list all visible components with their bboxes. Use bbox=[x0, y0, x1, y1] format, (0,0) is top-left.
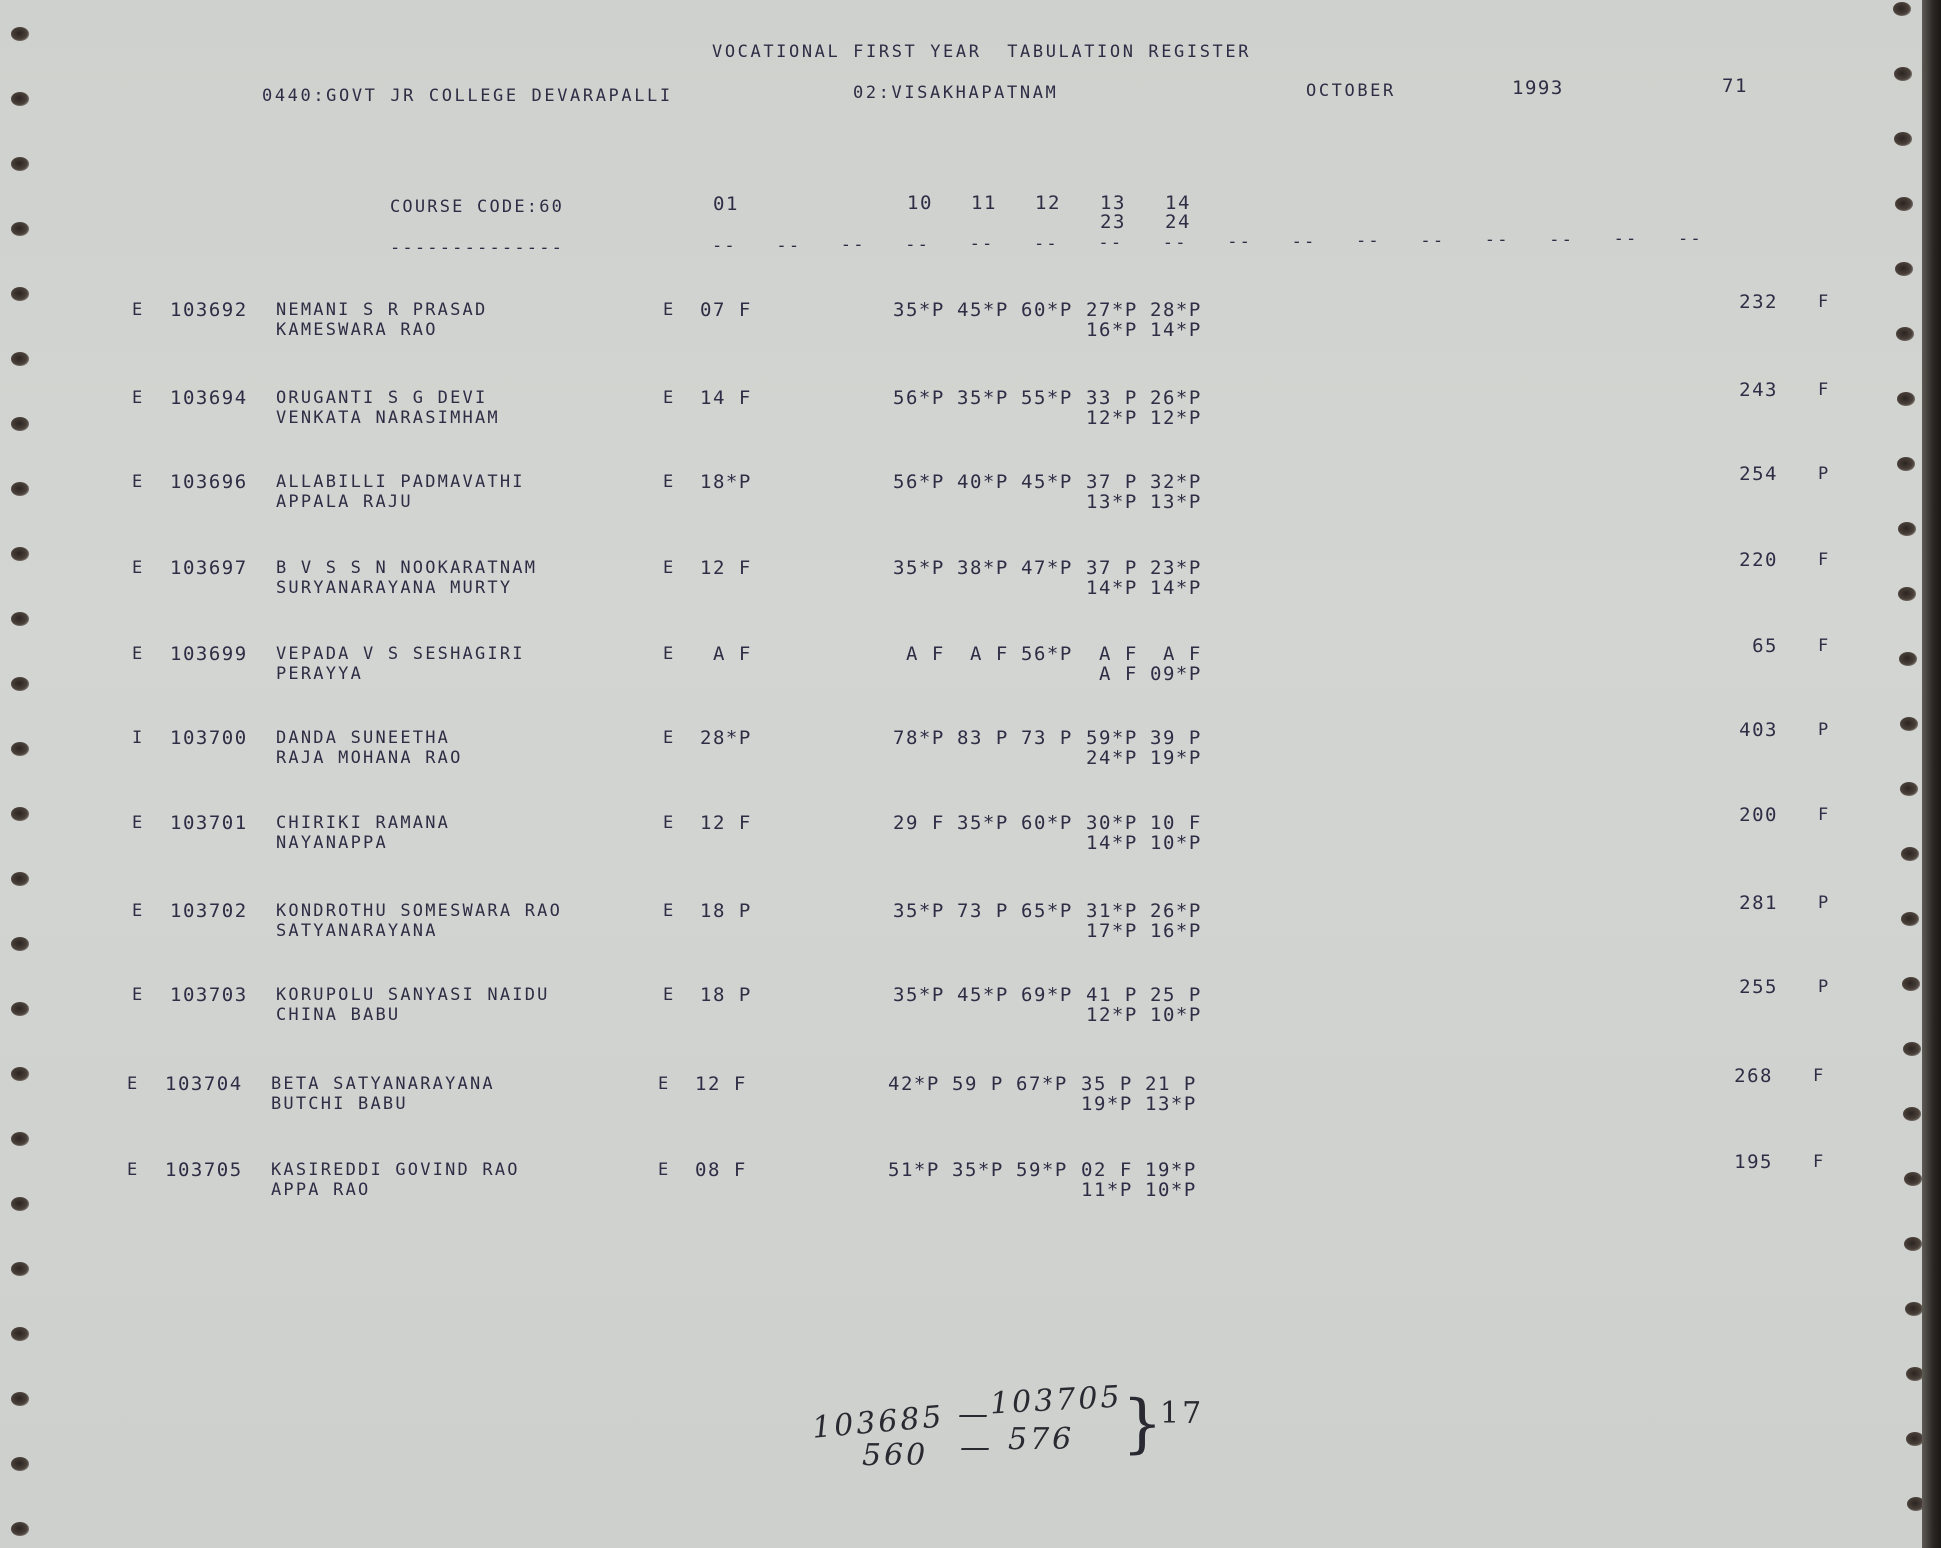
mark-subject-14: 10 F bbox=[1150, 813, 1202, 833]
mark-subject-23: A F bbox=[1086, 664, 1138, 684]
student-name: BETA SATYANARAYANA bbox=[271, 1074, 495, 1094]
mark-subject-10: 29 F bbox=[893, 813, 945, 833]
roll-number: 103696 bbox=[170, 472, 248, 492]
student-type: E bbox=[132, 985, 144, 1005]
mark-subject-01: 12 F bbox=[695, 1074, 747, 1094]
medium-flag: E bbox=[663, 901, 675, 921]
student-name: VEPADA V S SESHAGIRI bbox=[276, 644, 525, 664]
mark-subject-10: 78*P bbox=[893, 728, 945, 748]
student-type: E bbox=[127, 1074, 139, 1094]
medium-flag: E bbox=[663, 813, 675, 833]
father-name: PERAYYA bbox=[276, 664, 363, 684]
medium-flag: E bbox=[663, 558, 675, 578]
district-name: 02:VISAKHAPATNAM bbox=[853, 83, 1058, 103]
mark-subject-23: 14*P bbox=[1086, 578, 1138, 598]
mark-subject-24: 14*P bbox=[1150, 578, 1202, 598]
medium-flag: E bbox=[663, 644, 675, 664]
medium-flag: E bbox=[663, 728, 675, 748]
final-result: F bbox=[1813, 1066, 1825, 1086]
final-result: P bbox=[1818, 893, 1830, 913]
student-name: KONDROTHU SOMESWARA RAO bbox=[276, 901, 562, 921]
roll-number: 103701 bbox=[170, 813, 248, 833]
mark-subject-13: 31*P bbox=[1086, 901, 1138, 921]
sprocket-hole bbox=[1897, 392, 1915, 406]
student-name: DANDA SUNEETHA bbox=[276, 728, 450, 748]
course-code-underline: -------------- bbox=[390, 238, 564, 258]
subject-code-24: 24 bbox=[1165, 212, 1191, 232]
father-name: VENKATA NARASIMHAM bbox=[276, 408, 500, 428]
sprocket-hole bbox=[11, 1197, 29, 1211]
mark-subject-13: 33 P bbox=[1086, 388, 1138, 408]
mark-subject-23: 12*P bbox=[1086, 1005, 1138, 1025]
mark-subject-10: 35*P bbox=[893, 985, 945, 1005]
sprocket-hole bbox=[1896, 327, 1914, 341]
exam-year: 1993 bbox=[1512, 78, 1564, 98]
roll-number: 103705 bbox=[165, 1160, 243, 1180]
final-result: F bbox=[1818, 636, 1830, 656]
mark-subject-12: 73 P bbox=[1021, 728, 1073, 748]
final-result: F bbox=[1813, 1152, 1825, 1172]
mark-subject-24: 16*P bbox=[1150, 921, 1202, 941]
page-number: 71 bbox=[1722, 76, 1748, 96]
subject-code-13: 13 bbox=[1100, 193, 1126, 213]
medium-flag: E bbox=[663, 472, 675, 492]
college-name: 0440:GOVT JR COLLEGE DEVARAPALLI bbox=[262, 86, 673, 106]
sprocket-hole bbox=[11, 742, 29, 756]
column-dash: -- bbox=[1356, 231, 1381, 251]
mark-subject-01: 18 P bbox=[700, 985, 752, 1005]
sprocket-hole bbox=[11, 1132, 29, 1146]
subject-code-11: 11 bbox=[971, 193, 997, 213]
mark-subject-01: 18*P bbox=[700, 472, 752, 492]
total-marks: 195 bbox=[1713, 1152, 1773, 1172]
report-title: VOCATIONAL FIRST YEAR TABULATION REGISTE… bbox=[712, 42, 1251, 62]
sprocket-hole bbox=[11, 807, 29, 821]
sprocket-hole bbox=[11, 352, 29, 366]
total-marks: 200 bbox=[1718, 805, 1778, 825]
sprocket-hole bbox=[11, 1262, 29, 1276]
handwritten-dash-2: — bbox=[960, 1430, 993, 1465]
roll-number: 103704 bbox=[165, 1074, 243, 1094]
mark-subject-14: 39 P bbox=[1150, 728, 1202, 748]
final-result: P bbox=[1818, 977, 1830, 997]
father-name: SURYANARAYANA MURTY bbox=[276, 578, 512, 598]
mark-subject-14: 28*P bbox=[1150, 300, 1202, 320]
mark-subject-14: 26*P bbox=[1150, 388, 1202, 408]
mark-subject-12: 55*P bbox=[1021, 388, 1073, 408]
mark-subject-10: 35*P bbox=[893, 300, 945, 320]
sprocket-hole bbox=[11, 287, 29, 301]
roll-number: 103692 bbox=[170, 300, 248, 320]
sprocket-hole bbox=[1894, 67, 1912, 81]
sprocket-hole bbox=[1898, 522, 1916, 536]
student-name: B V S S N NOOKARATNAM bbox=[276, 558, 537, 578]
father-name: APPA RAO bbox=[271, 1180, 370, 1200]
mark-subject-10: 56*P bbox=[893, 472, 945, 492]
final-result: P bbox=[1818, 720, 1830, 740]
mark-subject-23: 19*P bbox=[1081, 1094, 1133, 1114]
student-type: E bbox=[132, 472, 144, 492]
sprocket-hole bbox=[1899, 652, 1917, 666]
sprocket-hole bbox=[1895, 197, 1913, 211]
sprocket-hole bbox=[1903, 1042, 1921, 1056]
father-name: BUTCHI BABU bbox=[271, 1094, 408, 1114]
column-dash: -- bbox=[1098, 233, 1123, 253]
mark-subject-23: 17*P bbox=[1086, 921, 1138, 941]
mark-subject-01: 14 F bbox=[700, 388, 752, 408]
total-marks: 220 bbox=[1718, 550, 1778, 570]
mark-subject-23: 13*P bbox=[1086, 492, 1138, 512]
sprocket-hole bbox=[11, 872, 29, 886]
sprocket-hole bbox=[1901, 912, 1919, 926]
mark-subject-14: A F bbox=[1150, 644, 1202, 664]
roll-number: 103699 bbox=[170, 644, 248, 664]
mark-subject-12: 60*P bbox=[1021, 813, 1073, 833]
mark-subject-12: 67*P bbox=[1016, 1074, 1068, 1094]
mark-subject-11: 59 P bbox=[952, 1074, 1004, 1094]
column-dash: -- bbox=[841, 235, 866, 255]
sprocket-hole bbox=[11, 937, 29, 951]
final-result: F bbox=[1818, 380, 1830, 400]
mark-subject-10: A F bbox=[893, 644, 945, 664]
medium-flag: E bbox=[663, 300, 675, 320]
roll-number: 103697 bbox=[170, 558, 248, 578]
paper-edge-shadow bbox=[1922, 0, 1941, 1548]
sprocket-hole bbox=[1900, 782, 1918, 796]
column-dash: -- bbox=[1227, 232, 1252, 252]
total-marks: 268 bbox=[1713, 1066, 1773, 1086]
mark-subject-14: 26*P bbox=[1150, 901, 1202, 921]
mark-subject-13: 37 P bbox=[1086, 558, 1138, 578]
mark-subject-13: 59*P bbox=[1086, 728, 1138, 748]
father-name: KAMESWARA RAO bbox=[276, 320, 438, 340]
sprocket-hole bbox=[1895, 262, 1913, 276]
student-name: CHIRIKI RAMANA bbox=[276, 813, 450, 833]
mark-subject-23: 11*P bbox=[1081, 1180, 1133, 1200]
mark-subject-13: 02 F bbox=[1081, 1160, 1133, 1180]
column-dash: -- bbox=[1614, 229, 1639, 249]
medium-flag: E bbox=[663, 388, 675, 408]
sprocket-hole bbox=[1905, 1302, 1923, 1316]
student-type: E bbox=[132, 558, 144, 578]
mark-subject-11: 38*P bbox=[957, 558, 1009, 578]
mark-subject-11: 40*P bbox=[957, 472, 1009, 492]
mark-subject-10: 42*P bbox=[888, 1074, 940, 1094]
student-type: E bbox=[132, 300, 144, 320]
mark-subject-13: A F bbox=[1086, 644, 1138, 664]
subject-code-12: 12 bbox=[1035, 193, 1061, 213]
column-dash: -- bbox=[905, 235, 930, 255]
student-type: E bbox=[132, 388, 144, 408]
total-marks: 65 bbox=[1718, 636, 1778, 656]
student-type: E bbox=[132, 813, 144, 833]
column-dash: -- bbox=[1678, 229, 1703, 249]
mark-subject-12: 59*P bbox=[1016, 1160, 1068, 1180]
sprocket-hole bbox=[11, 222, 29, 236]
sprocket-hole bbox=[11, 92, 29, 106]
column-dash: -- bbox=[1292, 232, 1317, 252]
mark-subject-13: 35 P bbox=[1081, 1074, 1133, 1094]
student-name: ORUGANTI S G DEVI bbox=[276, 388, 487, 408]
sprocket-hole bbox=[1904, 1237, 1922, 1251]
father-name: CHINA BABU bbox=[276, 1005, 400, 1025]
sprocket-hole bbox=[1893, 2, 1911, 16]
father-name: NAYANAPPA bbox=[276, 833, 388, 853]
mark-subject-11: A F bbox=[957, 644, 1009, 664]
sprocket-hole bbox=[1897, 457, 1915, 471]
final-result: F bbox=[1818, 292, 1830, 312]
sprocket-hole bbox=[11, 1327, 29, 1341]
mark-subject-24: 13*P bbox=[1150, 492, 1202, 512]
mark-subject-13: 30*P bbox=[1086, 813, 1138, 833]
column-dash: -- bbox=[1163, 233, 1188, 253]
final-result: F bbox=[1818, 550, 1830, 570]
father-name: APPALA RAJU bbox=[276, 492, 413, 512]
final-result: P bbox=[1818, 464, 1830, 484]
column-dash: -- bbox=[1034, 234, 1059, 254]
student-type: I bbox=[132, 728, 144, 748]
mark-subject-01: A F bbox=[700, 644, 752, 664]
exam-month: OCTOBER bbox=[1306, 81, 1396, 101]
column-dash: -- bbox=[1420, 231, 1445, 251]
column-dash: -- bbox=[776, 236, 801, 256]
mark-subject-24: 10*P bbox=[1150, 1005, 1202, 1025]
column-dash: -- bbox=[1485, 230, 1510, 250]
mark-subject-24: 10*P bbox=[1145, 1180, 1197, 1200]
sprocket-hole bbox=[11, 1457, 29, 1471]
mark-subject-11: 45*P bbox=[957, 300, 1009, 320]
final-result: F bbox=[1818, 805, 1830, 825]
mark-subject-24: 10*P bbox=[1150, 833, 1202, 853]
medium-flag: E bbox=[663, 985, 675, 1005]
sprocket-hole bbox=[1898, 587, 1916, 601]
mark-subject-14: 19*P bbox=[1145, 1160, 1197, 1180]
mark-subject-24: 12*P bbox=[1150, 408, 1202, 428]
mark-subject-13: 37 P bbox=[1086, 472, 1138, 492]
sprocket-hole bbox=[1900, 717, 1918, 731]
handwritten-dash-1: — bbox=[958, 1397, 991, 1432]
total-marks: 254 bbox=[1718, 464, 1778, 484]
subject-code-01: 01 bbox=[713, 194, 739, 214]
sprocket-hole bbox=[11, 482, 29, 496]
mark-subject-14: 32*P bbox=[1150, 472, 1202, 492]
sprocket-hole bbox=[11, 1002, 29, 1016]
mark-subject-12: 45*P bbox=[1021, 472, 1073, 492]
mark-subject-24: 14*P bbox=[1150, 320, 1202, 340]
mark-subject-01: 12 F bbox=[700, 813, 752, 833]
mark-subject-13: 27*P bbox=[1086, 300, 1138, 320]
total-marks: 281 bbox=[1718, 893, 1778, 913]
student-type: E bbox=[127, 1160, 139, 1180]
mark-subject-11: 45*P bbox=[957, 985, 1009, 1005]
sprocket-hole bbox=[11, 547, 29, 561]
sprocket-hole bbox=[11, 612, 29, 626]
mark-subject-12: 47*P bbox=[1021, 558, 1073, 578]
father-name: SATYANARAYANA bbox=[276, 921, 438, 941]
roll-number: 103702 bbox=[170, 901, 248, 921]
total-marks: 255 bbox=[1718, 977, 1778, 997]
mark-subject-23: 12*P bbox=[1086, 408, 1138, 428]
mark-subject-01: 12 F bbox=[700, 558, 752, 578]
student-name: KASIREDDI GOVIND RAO bbox=[271, 1160, 520, 1180]
mark-subject-11: 35*P bbox=[952, 1160, 1004, 1180]
mark-subject-14: 23*P bbox=[1150, 558, 1202, 578]
sprocket-hole bbox=[1904, 1172, 1922, 1186]
sprocket-hole bbox=[11, 417, 29, 431]
roll-number: 103700 bbox=[170, 728, 248, 748]
roll-number: 103703 bbox=[170, 985, 248, 1005]
mark-subject-12: 60*P bbox=[1021, 300, 1073, 320]
medium-flag: E bbox=[658, 1074, 670, 1094]
mark-subject-01: 07 F bbox=[700, 300, 752, 320]
mark-subject-10: 35*P bbox=[893, 558, 945, 578]
mark-subject-23: 14*P bbox=[1086, 833, 1138, 853]
mark-subject-12: 56*P bbox=[1021, 644, 1073, 664]
father-name: RAJA MOHANA RAO bbox=[276, 748, 463, 768]
mark-subject-24: 19*P bbox=[1150, 748, 1202, 768]
handwritten-roll-to: 103705 bbox=[989, 1380, 1123, 1422]
mark-subject-01: 08 F bbox=[695, 1160, 747, 1180]
handwritten-brace: } bbox=[1122, 1392, 1163, 1456]
mark-subject-23: 16*P bbox=[1086, 320, 1138, 340]
subject-code-23: 23 bbox=[1100, 212, 1126, 232]
mark-subject-14: 25 P bbox=[1150, 985, 1202, 1005]
column-dash: -- bbox=[712, 236, 737, 256]
course-code-label: COURSE CODE:60 bbox=[390, 197, 564, 217]
total-marks: 243 bbox=[1718, 380, 1778, 400]
student-name: KORUPOLU SANYASI NAIDU bbox=[276, 985, 550, 1005]
column-dash: -- bbox=[1549, 230, 1574, 250]
sprocket-hole bbox=[11, 27, 29, 41]
sprocket-hole bbox=[11, 1392, 29, 1406]
subject-code-10: 10 bbox=[907, 193, 933, 213]
mark-subject-01: 18 P bbox=[700, 901, 752, 921]
tabulation-register-sheet: VOCATIONAL FIRST YEAR TABULATION REGISTE… bbox=[0, 0, 1922, 1548]
mark-subject-01: 28*P bbox=[700, 728, 752, 748]
sprocket-hole bbox=[1903, 1107, 1921, 1121]
medium-flag: E bbox=[658, 1160, 670, 1180]
sprocket-hole bbox=[1901, 847, 1919, 861]
mark-subject-12: 69*P bbox=[1021, 985, 1073, 1005]
mark-subject-10: 56*P bbox=[893, 388, 945, 408]
student-type: E bbox=[132, 644, 144, 664]
mark-subject-11: 35*P bbox=[957, 813, 1009, 833]
mark-subject-14: 21 P bbox=[1145, 1074, 1197, 1094]
mark-subject-23: 24*P bbox=[1086, 748, 1138, 768]
mark-subject-24: 13*P bbox=[1145, 1094, 1197, 1114]
student-type: E bbox=[132, 901, 144, 921]
student-name: ALLABILLI PADMAVATHI bbox=[276, 472, 525, 492]
mark-subject-11: 73 P bbox=[957, 901, 1009, 921]
mark-subject-10: 35*P bbox=[893, 901, 945, 921]
student-name: NEMANI S R PRASAD bbox=[276, 300, 487, 320]
sprocket-hole bbox=[11, 1522, 29, 1536]
sprocket-hole bbox=[11, 677, 29, 691]
mark-subject-11: 35*P bbox=[957, 388, 1009, 408]
total-marks: 232 bbox=[1718, 292, 1778, 312]
handwritten-serial-to: 576 bbox=[1008, 1422, 1074, 1457]
handwritten-count: 17 bbox=[1160, 1396, 1204, 1431]
roll-number: 103694 bbox=[170, 388, 248, 408]
subject-code-14: 14 bbox=[1165, 193, 1191, 213]
sprocket-hole bbox=[11, 157, 29, 171]
total-marks: 403 bbox=[1718, 720, 1778, 740]
sprocket-hole bbox=[1906, 1367, 1924, 1381]
sprocket-hole bbox=[1894, 132, 1912, 146]
sprocket-hole bbox=[1902, 977, 1920, 991]
mark-subject-24: 09*P bbox=[1150, 664, 1202, 684]
mark-subject-12: 65*P bbox=[1021, 901, 1073, 921]
mark-subject-10: 51*P bbox=[888, 1160, 940, 1180]
sprocket-hole bbox=[11, 1067, 29, 1081]
mark-subject-11: 83 P bbox=[957, 728, 1009, 748]
handwritten-serial-from: 560 bbox=[862, 1438, 928, 1473]
column-dash: -- bbox=[970, 234, 995, 254]
mark-subject-13: 41 P bbox=[1086, 985, 1138, 1005]
